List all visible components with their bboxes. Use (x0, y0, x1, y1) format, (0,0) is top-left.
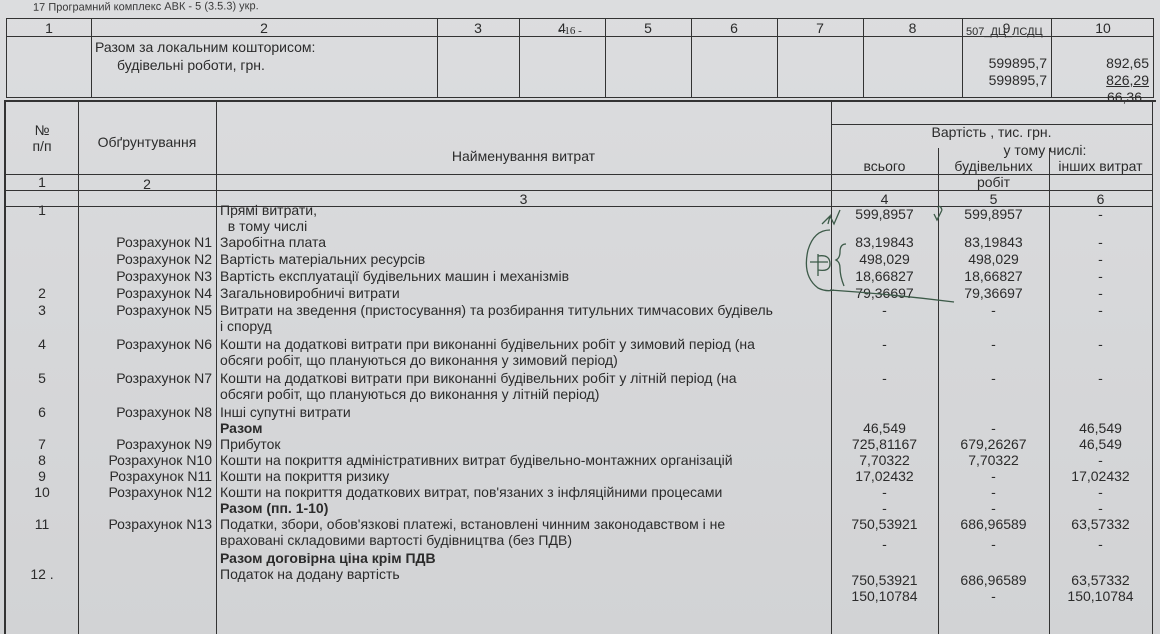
row-other-value: - (1049, 370, 1152, 386)
colnum-6: 6 (1049, 191, 1152, 207)
row-construction-value: 18,66827 (938, 268, 1049, 284)
summary-col-1: 1 (7, 20, 91, 36)
row-total-value: 7,70322 (831, 452, 938, 468)
row-construction-value: - (938, 370, 1049, 386)
row-name-line: Інші супутні витрати (220, 404, 351, 420)
row-other-value: - (1049, 500, 1152, 516)
row-name-line: Кошти на покриття додаткових витрат, пов… (220, 484, 722, 500)
row-total-value: - (831, 536, 938, 552)
row-number: 11 (6, 516, 78, 532)
row-total-value: 150,10784 (831, 588, 938, 604)
colnum-4: 4 (831, 191, 938, 207)
row-construction-value: 498,029 (938, 251, 1049, 267)
row-number: 12 . (6, 566, 78, 582)
row-total-value: 17,02432 (831, 468, 938, 484)
row-construction-value: - (938, 500, 1049, 516)
row-name-line: Податки, збори, обов'язкові платежі, вст… (220, 516, 725, 532)
row-construction-value: - (938, 302, 1049, 318)
row-name-line: Кошти на додаткові витрати при виконанні… (220, 370, 737, 386)
row-basis: Розрахунок N2 (78, 251, 212, 267)
row-other-value: 17,02432 (1049, 468, 1152, 484)
row-name-line: Загальновиробничі витрати (220, 285, 400, 301)
header-incl: у тому числі: (938, 142, 1152, 158)
row-total-value: 79,36697 (831, 285, 938, 301)
row-name-line: Вартість матеріальних ресурсів (220, 251, 425, 267)
row-total-value: 750,53921 (831, 516, 938, 532)
row-other-value: 46,549 (1049, 420, 1152, 436)
row-name-line: Прямі витрати, (220, 202, 317, 218)
row-basis: Розрахунок N7 (78, 370, 212, 386)
row-total-value: - (831, 336, 938, 352)
row-name-line: і споруд (220, 318, 272, 334)
summary-col-3: 3 (437, 20, 519, 36)
row-total-value: 46,549 (831, 420, 938, 436)
software-header: 17 Програмний комплекс АВК - 5 (3.5.3) у… (33, 0, 259, 14)
row-basis: Розрахунок N1 (78, 234, 212, 250)
row-construction-value: - (938, 420, 1049, 436)
row-construction-value: - (938, 588, 1049, 604)
row-number: 9 (6, 468, 78, 484)
row-construction-value: 599,8957 (938, 206, 1049, 222)
row-other-value: 46,549 (1049, 436, 1152, 452)
row-name-line: Разом договірна ціна крім ПДВ (220, 550, 436, 566)
header-basis: Обґрунтування (78, 134, 216, 150)
header-total: всього (831, 158, 938, 174)
row-other-value: 63,57332 (1049, 572, 1152, 588)
document-page: 17 Програмний комплекс АВК - 5 (3.5.3) у… (0, 0, 1160, 634)
row-number: 6 (6, 404, 78, 420)
row-name-line: Прибуток (220, 436, 281, 452)
row-basis: Розрахунок N6 (78, 336, 212, 352)
row-name-line: Кошти на покриття ризику (220, 468, 389, 484)
row-total-value: - (831, 370, 938, 386)
row-basis: Розрахунок N8 (78, 404, 212, 420)
summary-label-line2: будівельні роботи, грн. (117, 57, 265, 73)
cost-table: № п/п Обґрунтування Найменування витрат … (4, 100, 1156, 634)
summary-col-9: 9 (962, 20, 1051, 36)
row-total-value: - (831, 302, 938, 318)
row-name-line: Кошти на покриття адміністративних витра… (220, 452, 733, 468)
row-construction-value: - (938, 468, 1049, 484)
row-basis: Розрахунок N3 (78, 268, 212, 284)
row-name-line: Вартість експлуатації будівельних машин … (220, 268, 569, 284)
row-total-value: 599,8957 (831, 206, 938, 222)
row-name-line: обсяги робіт, що плануються до виконання… (220, 386, 599, 402)
colnum-5: 5 (938, 191, 1049, 207)
summary-col-6: 6 (691, 20, 777, 36)
row-other-value: - (1049, 452, 1152, 468)
header-other: інших витрат (1049, 158, 1152, 174)
summary-table: 1 2 3 4 5 6 7 8 9 10 Разом за локальним … (6, 18, 1154, 98)
row-other-value: - (1049, 484, 1152, 500)
row-other-value: - (1049, 234, 1152, 250)
header-construction-line2: робіт (938, 174, 1049, 190)
row-total-value: 18,66827 (831, 268, 938, 284)
row-name-line: обсяги робіт, що плануються до виконання… (220, 352, 618, 368)
row-total-value: - (831, 500, 938, 516)
row-number: 5 (6, 370, 78, 386)
row-construction-value: - (938, 536, 1049, 552)
colnum-2: 2 (78, 176, 216, 192)
row-basis: Розрахунок N9 (78, 436, 212, 452)
header-num-line2: п/п (6, 138, 78, 154)
summary-col-2: 2 (91, 20, 437, 36)
row-construction-value: 686,96589 (938, 572, 1049, 588)
row-number: 2 (6, 285, 78, 301)
row-construction-value: 83,19843 (938, 234, 1049, 250)
summary-col-10: 10 (1051, 20, 1155, 36)
row-number: 10 (6, 484, 78, 500)
row-construction-value: 7,70322 (938, 452, 1049, 468)
summary-col9-value-2: 599895,7 (962, 72, 1047, 88)
row-basis: Розрахунок N13 (78, 516, 212, 532)
row-basis: Розрахунок N5 (78, 302, 212, 318)
row-name-line: Податок на додану вартість (220, 566, 400, 582)
summary-col-8: 8 (863, 20, 962, 36)
row-number: 3 (6, 302, 78, 318)
row-total-value: 498,029 (831, 251, 938, 267)
row-name-line: Заробітна плата (220, 234, 326, 250)
row-construction-value: - (938, 484, 1049, 500)
row-other-value: - (1049, 251, 1152, 267)
row-basis: Розрахунок N11 (78, 468, 212, 484)
row-name-line: враховані складовими вартості будівництв… (220, 532, 572, 548)
row-number: 8 (6, 452, 78, 468)
colnum-1: 1 (6, 174, 78, 190)
row-total-value: 750,53921 (831, 572, 938, 588)
row-other-value: - (1049, 536, 1152, 552)
row-basis: Розрахунок N10 (78, 452, 212, 468)
row-name-line: Витрати на зведення (пристосування) та р… (220, 302, 773, 318)
row-total-value: - (831, 484, 938, 500)
summary-col-4: 4 (519, 20, 605, 36)
row-total-value: 725,81167 (831, 436, 938, 452)
summary-col-5: 5 (605, 20, 691, 36)
header-name: Найменування витрат (216, 148, 831, 164)
row-construction-value: - (938, 336, 1049, 352)
row-other-value: - (1049, 285, 1152, 301)
header-num-line1: № (6, 122, 78, 138)
summary-col10-value-1: 892,65 (1051, 55, 1149, 71)
row-name-line: Разом (пп. 1-10) (220, 500, 328, 516)
row-other-value: 63,57332 (1049, 516, 1152, 532)
row-number: 4 (6, 336, 78, 352)
row-name-line: Кошти на додаткові витрати при виконанні… (220, 336, 755, 352)
header-cost-group: Вартість , тис. грн. (831, 124, 1152, 140)
summary-label-line1: Разом за локальним кошторисом: (95, 39, 315, 55)
row-construction-value: 686,96589 (938, 516, 1049, 532)
summary-col9-value-1: 599895,7 (962, 55, 1047, 71)
row-other-value: - (1049, 302, 1152, 318)
row-number: 7 (6, 436, 78, 452)
row-name-line: в тому числі (220, 218, 307, 234)
row-other-value: - (1049, 336, 1152, 352)
row-total-value: 83,19843 (831, 234, 938, 250)
row-construction-value: 679,26267 (938, 436, 1049, 452)
summary-col-7: 7 (777, 20, 863, 36)
row-basis: Розрахунок N12 (78, 484, 212, 500)
row-other-value: - (1049, 268, 1152, 284)
row-number: 1 (6, 202, 78, 218)
summary-col10-value-2: 826,29 (1051, 72, 1149, 88)
row-basis: Розрахунок N4 (78, 285, 212, 301)
row-other-value: - (1049, 206, 1152, 222)
row-name-line: Разом (220, 420, 262, 436)
row-other-value: 150,10784 (1049, 588, 1152, 604)
header-construction-line1: будівельних (938, 158, 1049, 174)
row-construction-value: 79,36697 (938, 285, 1049, 301)
